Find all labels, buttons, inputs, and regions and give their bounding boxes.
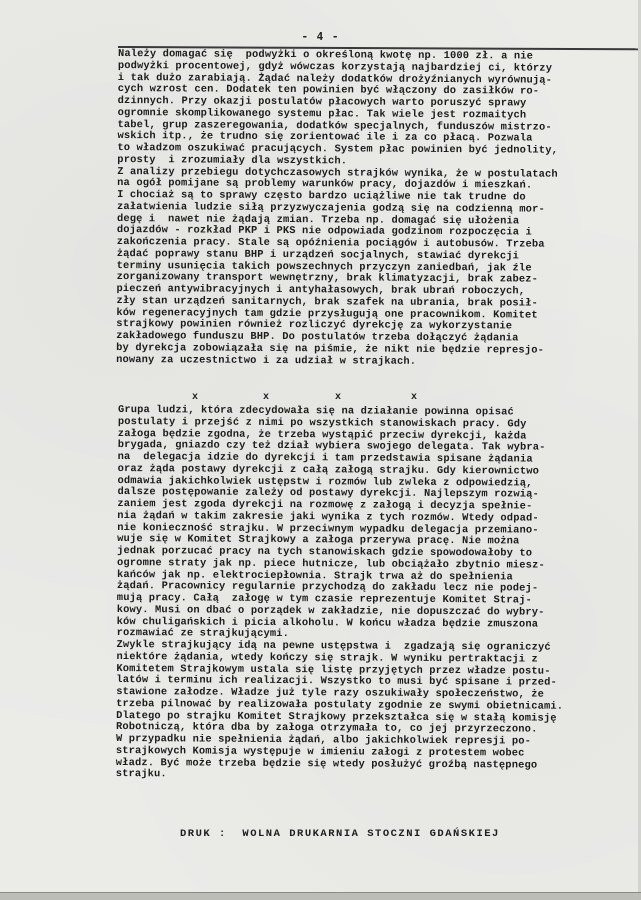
- page-number: - 4 -: [0, 30, 641, 43]
- paragraph-wages-and-conditions: Należy domagać się podwyżki o określoną …: [116, 49, 641, 369]
- section-separator: x x x x: [0, 392, 641, 404]
- printer-credit-footer: DRUK : WOLNA DRUKARNIA STOCZNI GDAŃSKIEJ: [180, 828, 500, 840]
- separator-mark: x: [192, 392, 198, 403]
- text-line: nowany za uczestnictwo i za udział w str…: [116, 354, 639, 369]
- paragraph-strike-procedure: Grupa ludzi, która zdecydowała się na dz…: [116, 405, 641, 784]
- document-page: - 4 - Należy domagać się podwyżki o okre…: [0, 0, 641, 900]
- page-edge-bottom: [0, 892, 641, 900]
- separator-mark: x: [335, 392, 341, 403]
- text-line: strajku.: [116, 769, 639, 784]
- separator-mark: x: [263, 392, 269, 403]
- separator-mark: x: [411, 392, 417, 403]
